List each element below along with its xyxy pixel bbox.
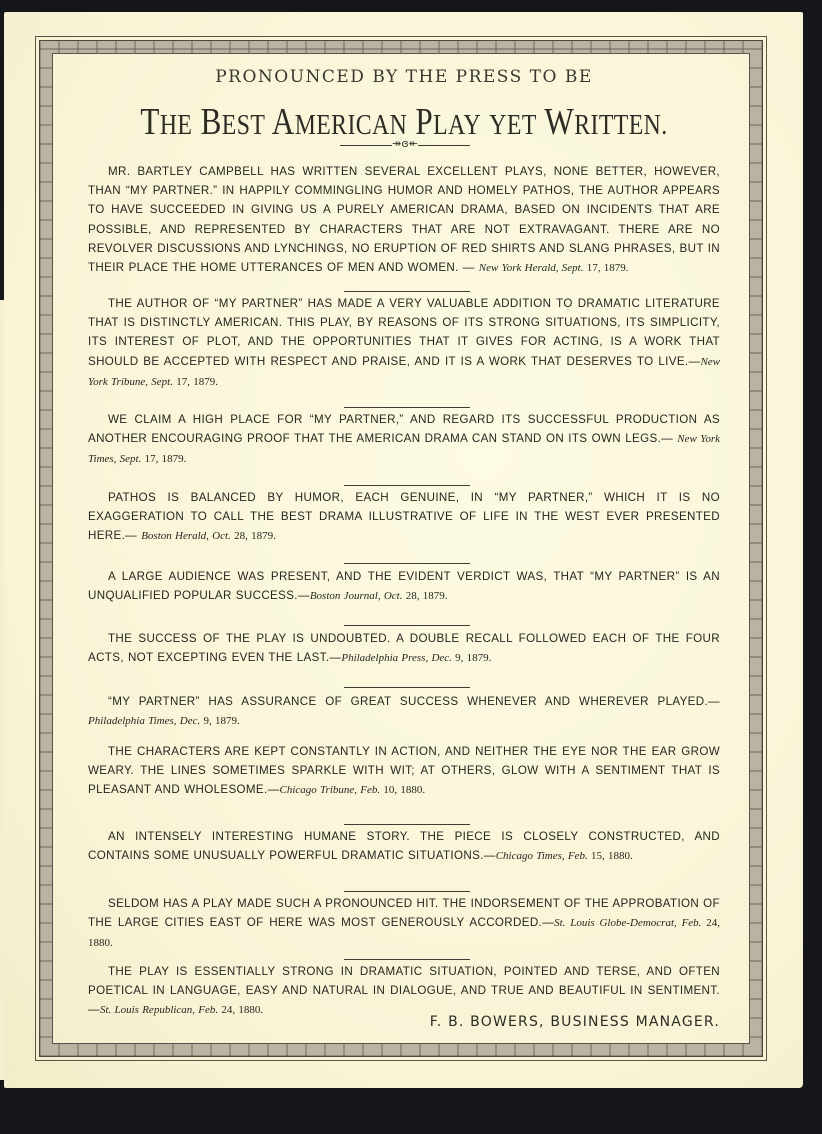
title-word: YET: [489, 101, 536, 143]
press-quote: MR. BARTLEY CAMPBELL HAS WRITTEN SEVERAL…: [88, 162, 720, 278]
quote-date: 15, 1880.: [588, 850, 633, 862]
section-divider-rule: [344, 891, 470, 892]
section-divider-rule: [344, 824, 470, 825]
playbill-page: PRONOUNCED BY THE PRESS TO BE THE BEST A…: [4, 12, 803, 1088]
press-quote: THE SUCCESS OF THE PLAY IS UNDOUBTED. A …: [88, 629, 720, 668]
quote-source: St. Louis Globe-Democrat, Feb.: [554, 917, 701, 929]
signature: F. B. BOWERS, BUSINESS MANAGER.: [430, 1014, 720, 1030]
section-divider-rule: [344, 291, 470, 292]
section-divider-rule: [344, 625, 470, 626]
press-quote: AN INTENSELY INTERESTING HUMANE STORY. T…: [88, 827, 720, 866]
quote-source: Philadelphia Press, Dec.: [341, 652, 452, 664]
quote-source: Boston Herald, Oct.: [141, 530, 231, 542]
quote-date: 28, 1879.: [231, 530, 276, 542]
title-word: WRITTEN.: [544, 101, 667, 143]
quote-date: 10, 1880.: [380, 784, 425, 796]
quote-source: Philadelphia Times, Dec.: [88, 715, 200, 727]
section-divider-rule: [344, 407, 470, 408]
section-divider-rule: [344, 687, 470, 688]
title-word: PLAY: [415, 101, 481, 143]
quote-date: 17, 1879.: [141, 453, 186, 465]
subtitle: PRONOUNCED BY THE PRESS TO BE: [88, 67, 720, 87]
quote-date: 9, 1879.: [452, 652, 492, 664]
quote-text: WE CLAIM A HIGH PLACE FOR “MY PARTNER,” …: [88, 413, 720, 445]
title-ornament-divider: ↠ɞ↞: [340, 140, 470, 152]
quote-date: 9, 1879.: [200, 715, 240, 727]
quote-text: THE AUTHOR OF “MY PARTNER” HAS MADE A VE…: [88, 297, 720, 368]
quote-source: Chicago Tribune, Feb.: [280, 784, 381, 796]
press-quote: WE CLAIM A HIGH PLACE FOR “MY PARTNER,” …: [88, 410, 720, 470]
press-quote: PATHOS IS BALANCED BY HUMOR, EACH GENUIN…: [88, 488, 720, 547]
ornament-flourish-icon: ↠ɞ↞: [392, 137, 418, 150]
quote-date: 28, 1879.: [403, 590, 448, 602]
section-divider-rule: [344, 485, 470, 486]
quote-source: Chicago Times, Feb.: [496, 850, 588, 862]
quote-source: Boston Journal, Oct.: [310, 590, 403, 602]
quote-date: 17, 1879.: [173, 376, 218, 388]
quote-date: 17, 1879.: [583, 262, 628, 274]
title-word: AMERICAN: [272, 101, 407, 143]
quote-source: St. Louis Republican, Feb.: [100, 1004, 218, 1016]
press-quote: “MY PARTNER” HAS ASSURANCE OF GREAT SUCC…: [88, 692, 720, 731]
press-quote: A LARGE AUDIENCE WAS PRESENT, AND THE EV…: [88, 567, 720, 606]
quote-text: MR. BARTLEY CAMPBELL HAS WRITTEN SEVERAL…: [88, 165, 720, 274]
press-quote: THE CHARACTERS ARE KEPT CONSTANTLY IN AC…: [88, 742, 720, 801]
section-divider-rule: [344, 563, 470, 564]
quote-text: “MY PARTNER” HAS ASSURANCE OF GREAT SUCC…: [108, 695, 720, 708]
quote-source: New York Herald, Sept.: [479, 262, 584, 274]
title-word: THE: [140, 101, 192, 143]
section-divider-rule: [344, 959, 470, 960]
press-quote: SELDOM HAS A PLAY MADE SUCH A PRONOUNCED…: [88, 894, 720, 954]
quote-date: 24, 1880.: [218, 1004, 263, 1016]
title-word: BEST: [201, 101, 266, 143]
press-quote: THE AUTHOR OF “MY PARTNER” HAS MADE A VE…: [88, 294, 720, 392]
press-quote: THE PLAY IS ESSENTIALLY STRONG IN DRAMAT…: [88, 962, 720, 1021]
